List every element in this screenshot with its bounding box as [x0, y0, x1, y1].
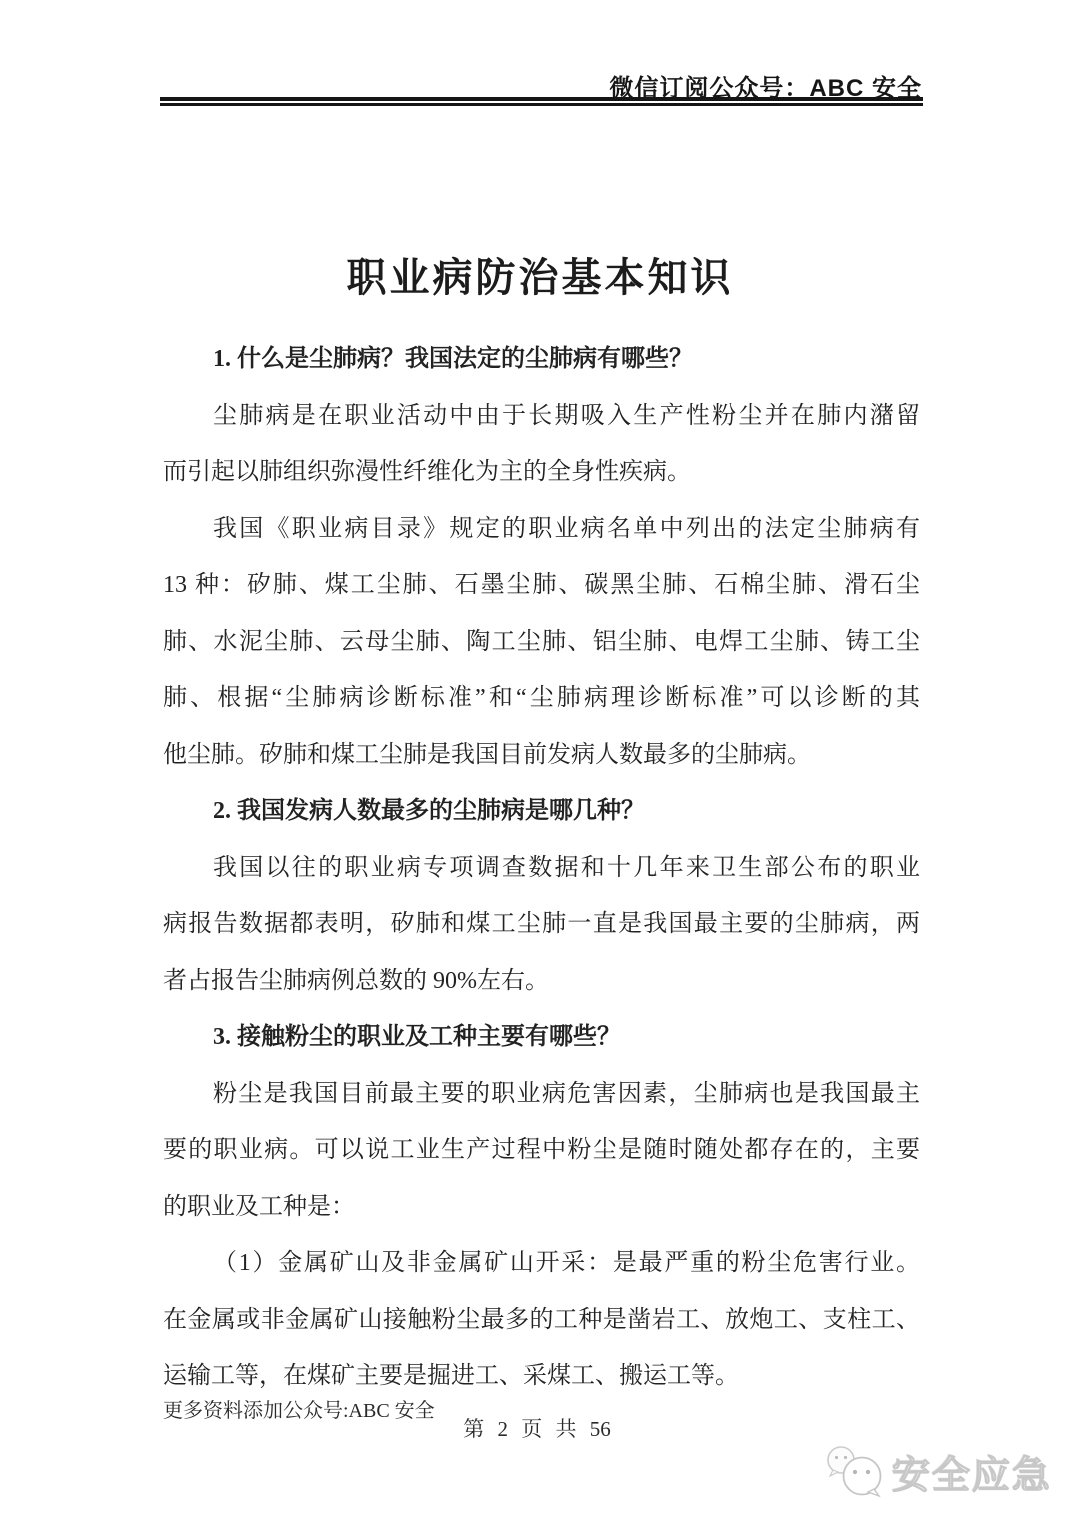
document-page: 微信订阅公众号：ABC 安全 职业病防治基本知识 1. 什么是尘肺病？我国法定的…: [0, 0, 1080, 1527]
text-line: 在金属或非金属矿山接触粉尘最多的工种是凿岩工、放炮工、支柱工、: [163, 1292, 920, 1349]
text-line: 病报告数据都表明，矽肺和煤工尘肺一直是我国最主要的尘肺病，两: [163, 896, 920, 953]
text-line: 要的职业病。可以说工业生产过程中粉尘是随时随处都存在的，主要: [163, 1122, 920, 1179]
text-line: 我国以往的职业病专项调查数据和十几年来卫生部公布的职业: [163, 840, 920, 897]
section-heading-line: 1. 什么是尘肺病？我国法定的尘肺病有哪些？: [163, 331, 920, 388]
text-line: 而引起以肺组织弥漫性纤维化为主的全身性疾病。: [163, 444, 920, 501]
page-title: 职业病防治基本知识: [0, 246, 1080, 303]
watermark: 安全应急: [824, 1444, 1052, 1499]
wechat-chat-bubbles-icon: [824, 1445, 886, 1499]
page-number: 第 2 页 共 56: [0, 1413, 1074, 1443]
text-line: （1）金属矿山及非金属矿山开采：是最严重的粉尘危害行业。: [163, 1235, 920, 1292]
text-line: 肺、根据“尘肺病诊断标准”和“尘肺病理诊断标准”可以诊断的其: [163, 670, 920, 727]
section-heading-line: 2. 我国发病人数最多的尘肺病是哪几种？: [163, 783, 920, 840]
text-line: 13 种：矽肺、煤工尘肺、石墨尘肺、碳黑尘肺、石棉尘肺、滑石尘: [163, 557, 920, 614]
watermark-label: 安全应急: [892, 1444, 1052, 1499]
text-line: 的职业及工种是：: [163, 1179, 920, 1236]
header-rule: [160, 97, 923, 106]
text-line: 者占报告尘肺病例总数的 90%左右。: [163, 953, 920, 1010]
text-line: 肺、水泥尘肺、云母尘肺、陶工尘肺、铝尘肺、电焊工尘肺、铸工尘: [163, 614, 920, 671]
section-heading-line: 3. 接触粉尘的职业及工种主要有哪些？: [163, 1009, 920, 1066]
text-line: 他尘肺。矽肺和煤工尘肺是我国目前发病人数最多的尘肺病。: [163, 727, 920, 784]
text-line: 粉尘是我国目前最主要的职业病危害因素，尘肺病也是我国最主: [163, 1066, 920, 1123]
content: 1. 什么是尘肺病？我国法定的尘肺病有哪些？尘肺病是在职业活动中由于长期吸入生产…: [163, 331, 920, 1405]
text-line: 尘肺病是在职业活动中由于长期吸入生产性粉尘并在肺内潴留: [163, 388, 920, 445]
text-line: 我国《职业病目录》规定的职业病名单中列出的法定尘肺病有: [163, 501, 920, 558]
